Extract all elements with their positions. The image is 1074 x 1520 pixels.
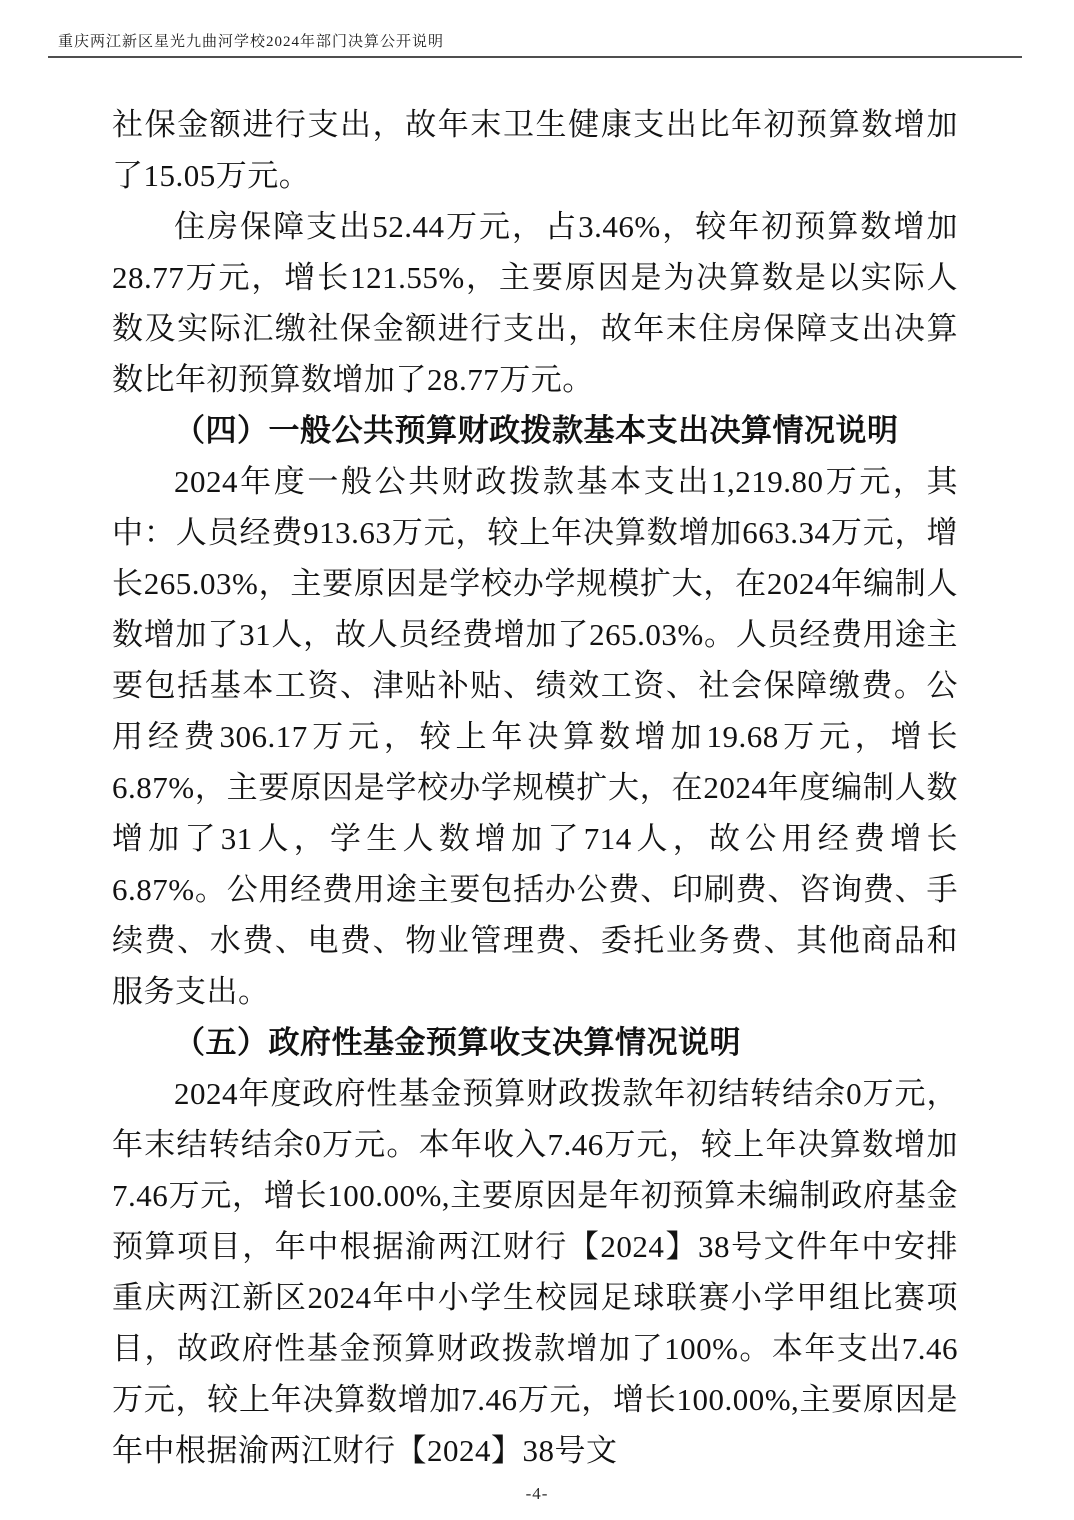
header-title: 重庆两江新区星光九曲河学校2024年部门决算公开说明 xyxy=(58,34,444,50)
page-footer: -4- xyxy=(0,1484,1074,1504)
paragraph: 社保金额进行支出，故年末卫生健康支出比年初预算数增加了15.05万元。 xyxy=(112,99,958,201)
page-header: 重庆两江新区星光九曲河学校2024年部门决算公开说明 xyxy=(48,30,1022,58)
paragraph: 住房保障支出52.44万元，占3.46%，较年初预算数增加28.77万元，增长1… xyxy=(112,201,958,405)
section-heading: （四）一般公共预算财政拨款基本支出决算情况说明 xyxy=(112,405,958,456)
paragraph: 2024年度政府性基金预算财政拨款年初结转结余0万元，年末结转结余0万元。本年收… xyxy=(112,1068,958,1476)
paragraph: 2024年度一般公共财政拨款基本支出1,219.80万元，其中：人员经费913.… xyxy=(112,456,958,1017)
page-number: -4- xyxy=(526,1484,549,1503)
document-page: 重庆两江新区星光九曲河学校2024年部门决算公开说明 社保金额进行支出，故年末卫… xyxy=(0,0,1074,1520)
section-heading: （五）政府性基金预算收支决算情况说明 xyxy=(112,1017,958,1068)
document-body: 社保金额进行支出，故年末卫生健康支出比年初预算数增加了15.05万元。住房保障支… xyxy=(112,99,958,1476)
